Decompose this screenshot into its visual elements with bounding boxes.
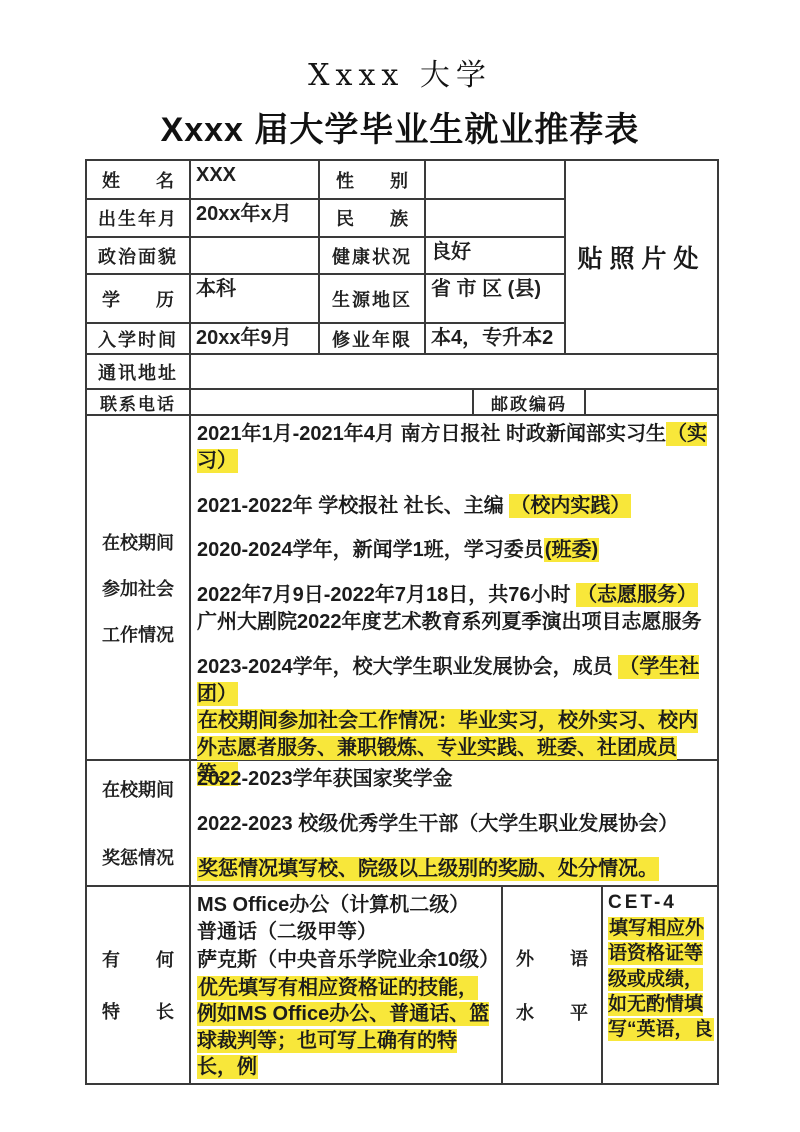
entry-line: MS Office办公（计算机二级）: [197, 892, 495, 919]
origin-region-label: 生源地区: [320, 275, 426, 322]
health-status-label: 健康状况: [320, 238, 426, 273]
row-political-health: 政治面貌 健康状况 良好: [87, 238, 566, 275]
row-address: 通讯地址: [87, 355, 717, 390]
social-work-label: 在校期间 参加社会 工作情况: [87, 416, 191, 759]
social-work-section: 在校期间 参加社会 工作情况 2021年1月-2021年4月 南方日报社 时政新…: [87, 416, 717, 761]
plain-text: 2021-2022年 学校报社 社长、主编: [197, 495, 509, 517]
plain-text: 萨克斯（中央音乐学院业余10级）: [197, 949, 499, 971]
birth-date-label: 出生年月: [87, 200, 191, 236]
highlighted-text: 优先填写有相应资格证的技能，例如MS Office办公、普通话、篮球裁判等；也可…: [197, 976, 489, 1080]
gender-value: [426, 161, 566, 198]
basic-info-section: 姓 名 XXX 性 别 出生年月 20xx年x月 民 族 政治面貌 健康状况 良…: [87, 161, 717, 355]
skills-label-line: 有 何: [102, 946, 174, 972]
cet-level: CET-4: [608, 890, 714, 915]
entry-line: 2021年1月-2021年4月 南方日报社 时政新闻部实习生（实习）: [197, 421, 711, 474]
awards-label-line: 在校期间: [102, 776, 174, 802]
awards-label: 在校期间 奖惩情况: [87, 761, 191, 884]
social-work-label-line: 在校期间: [102, 529, 174, 555]
recommendation-form-table: 姓 名 XXX 性 别 出生年月 20xx年x月 民 族 政治面貌 健康状况 良…: [85, 159, 719, 1085]
ethnicity-value: [426, 200, 566, 236]
plain-text: 2022年7月9日-2022年7月18日，共76小时: [197, 584, 576, 606]
foreign-language-content: CET-4 填写相应外语资格证等级或成绩，如无酌情填写“英语，良: [603, 887, 717, 1083]
address-label: 通讯地址: [87, 355, 191, 388]
social-work-label-line: 参加社会: [102, 575, 174, 601]
entry-line: 2020-2024学年，新闻学1班，学习委员(班委): [197, 537, 711, 564]
health-status-value: 良好: [426, 238, 566, 273]
highlighted-text: （校内实践）: [509, 494, 631, 518]
education-value: 本科: [191, 275, 320, 322]
foreign-language-note: 填写相应外语资格证等级或成绩，如无酌情填写“英语，良: [608, 916, 714, 1042]
entry-line: 2021-2022年 学校报社 社长、主编 （校内实践）: [197, 493, 711, 520]
plain-text: MS Office办公（计算机二级）: [197, 894, 469, 916]
entry-line: 2023-2024学年，校大学生职业发展协会，成员 （学生社团）: [197, 654, 711, 707]
row-enrollment-duration: 入学时间 20xx年9月 修业年限 本4，专升本2: [87, 324, 566, 353]
plain-text: 2022-2023学年获国家奖学金: [197, 768, 453, 790]
foreign-language-label: 外 语 水 平: [503, 887, 603, 1083]
plain-text: 2021年1月-2021年4月 南方日报社 时政新闻部实习生: [197, 423, 666, 445]
name-value: XXX: [191, 161, 320, 198]
row-education-origin: 学 历 本科 生源地区 省 市 区 (县): [87, 275, 566, 324]
university-title: Xxxx 大学: [0, 0, 800, 94]
foreign-language-label-line: 外 语: [516, 945, 588, 971]
basic-info-grid: 姓 名 XXX 性 别 出生年月 20xx年x月 民 族 政治面貌 健康状况 良…: [87, 161, 566, 353]
awards-section: 在校期间 奖惩情况 2022-2023学年获国家奖学金2022-2023 校级优…: [87, 761, 717, 886]
row-name-gender: 姓 名 XXX 性 别: [87, 161, 566, 200]
plain-text: 2023-2024学年，校大学生职业发展协会，成员: [197, 656, 618, 678]
ethnicity-label: 民 族: [320, 200, 426, 236]
political-status-value: [191, 238, 320, 273]
form-title: Xxxx 届大学毕业生就业推荐表: [0, 102, 800, 151]
awards-content: 2022-2023学年获国家奖学金2022-2023 校级优秀学生干部（大学生职…: [191, 761, 717, 884]
birth-date-value: 20xx年x月: [191, 200, 320, 236]
phone-value: [191, 390, 474, 414]
gender-label: 性 别: [320, 161, 426, 198]
entry-line: 2022-2023 校级优秀学生干部（大学生职业发展协会）: [197, 811, 711, 838]
entry-line: 2022年7月9日-2022年7月18日，共76小时 （志愿服务）: [197, 582, 711, 609]
entry-line: 填写相应外语资格证等级或成绩，如无酌情填写“英语，良: [608, 916, 714, 1042]
phone-label: 联系电话: [87, 390, 191, 414]
document-page: Xxxx 大学 Xxxx 届大学毕业生就业推荐表 姓 名 XXX 性 别 出生年…: [0, 0, 800, 1132]
photo-area-label: 贴照片处: [577, 239, 705, 275]
entry-line: 普通话（二级甲等）: [197, 919, 495, 946]
awards-label-line: 奖惩情况: [102, 844, 174, 870]
highlighted-text: (班委): [544, 538, 599, 562]
name-label: 姓 名: [87, 161, 191, 198]
skills-content: MS Office办公（计算机二级）普通话（二级甲等）萨克斯（中央音乐学院业余1…: [191, 887, 503, 1083]
study-duration-label: 修业年限: [320, 324, 426, 353]
plain-text: 广州大剧院2022年度艺术教育系列夏季演出项目志愿服务: [197, 611, 702, 633]
skills-section: 有 何 特 长 MS Office办公（计算机二级）普通话（二级甲等）萨克斯（中…: [87, 887, 717, 1083]
entry-line: 广州大剧院2022年度艺术教育系列夏季演出项目志愿服务: [197, 609, 711, 636]
highlighted-text: 奖惩情况填写校、院级以上级别的奖励、处分情况。: [197, 857, 659, 881]
highlighted-text: 填写相应外语资格证等级或成绩，如无酌情填写“英语，良: [608, 917, 714, 1041]
social-work-label-line: 工作情况: [102, 621, 174, 647]
row-phone-postcode: 联系电话 邮政编码: [87, 390, 717, 416]
address-value: [191, 355, 717, 388]
enrollment-time-label: 入学时间: [87, 324, 191, 353]
plain-text: 2020-2024学年，新闻学1班，学习委员: [197, 539, 544, 561]
social-work-content: 2021年1月-2021年4月 南方日报社 时政新闻部实习生（实习）2021-2…: [191, 416, 717, 759]
highlighted-text: （志愿服务）: [576, 583, 698, 607]
postcode-label: 邮政编码: [474, 390, 586, 414]
entry-line: 2022-2023学年获国家奖学金: [197, 766, 711, 793]
entry-line: 优先填写有相应资格证的技能，例如MS Office办公、普通话、篮球裁判等；也可…: [197, 975, 495, 1081]
entry-line: 萨克斯（中央音乐学院业余10级）: [197, 947, 495, 974]
education-label: 学 历: [87, 275, 191, 322]
origin-region-value: 省 市 区 (县): [426, 275, 566, 322]
skills-label: 有 何 特 长: [87, 887, 191, 1083]
enrollment-time-value: 20xx年9月: [191, 324, 320, 353]
plain-text: 2022-2023 校级优秀学生干部（大学生职业发展协会）: [197, 813, 678, 835]
row-birth-ethnicity: 出生年月 20xx年x月 民 族: [87, 200, 566, 238]
entry-line: 奖惩情况填写校、院级以上级别的奖励、处分情况。: [197, 856, 711, 883]
foreign-language-label-line: 水 平: [516, 999, 588, 1025]
political-status-label: 政治面貌: [87, 238, 191, 273]
photo-area: 贴照片处: [566, 161, 717, 353]
skills-label-line: 特 长: [102, 998, 174, 1024]
postcode-value: [586, 390, 717, 414]
study-duration-value: 本4，专升本2: [426, 324, 566, 353]
plain-text: 普通话（二级甲等）: [197, 921, 377, 943]
